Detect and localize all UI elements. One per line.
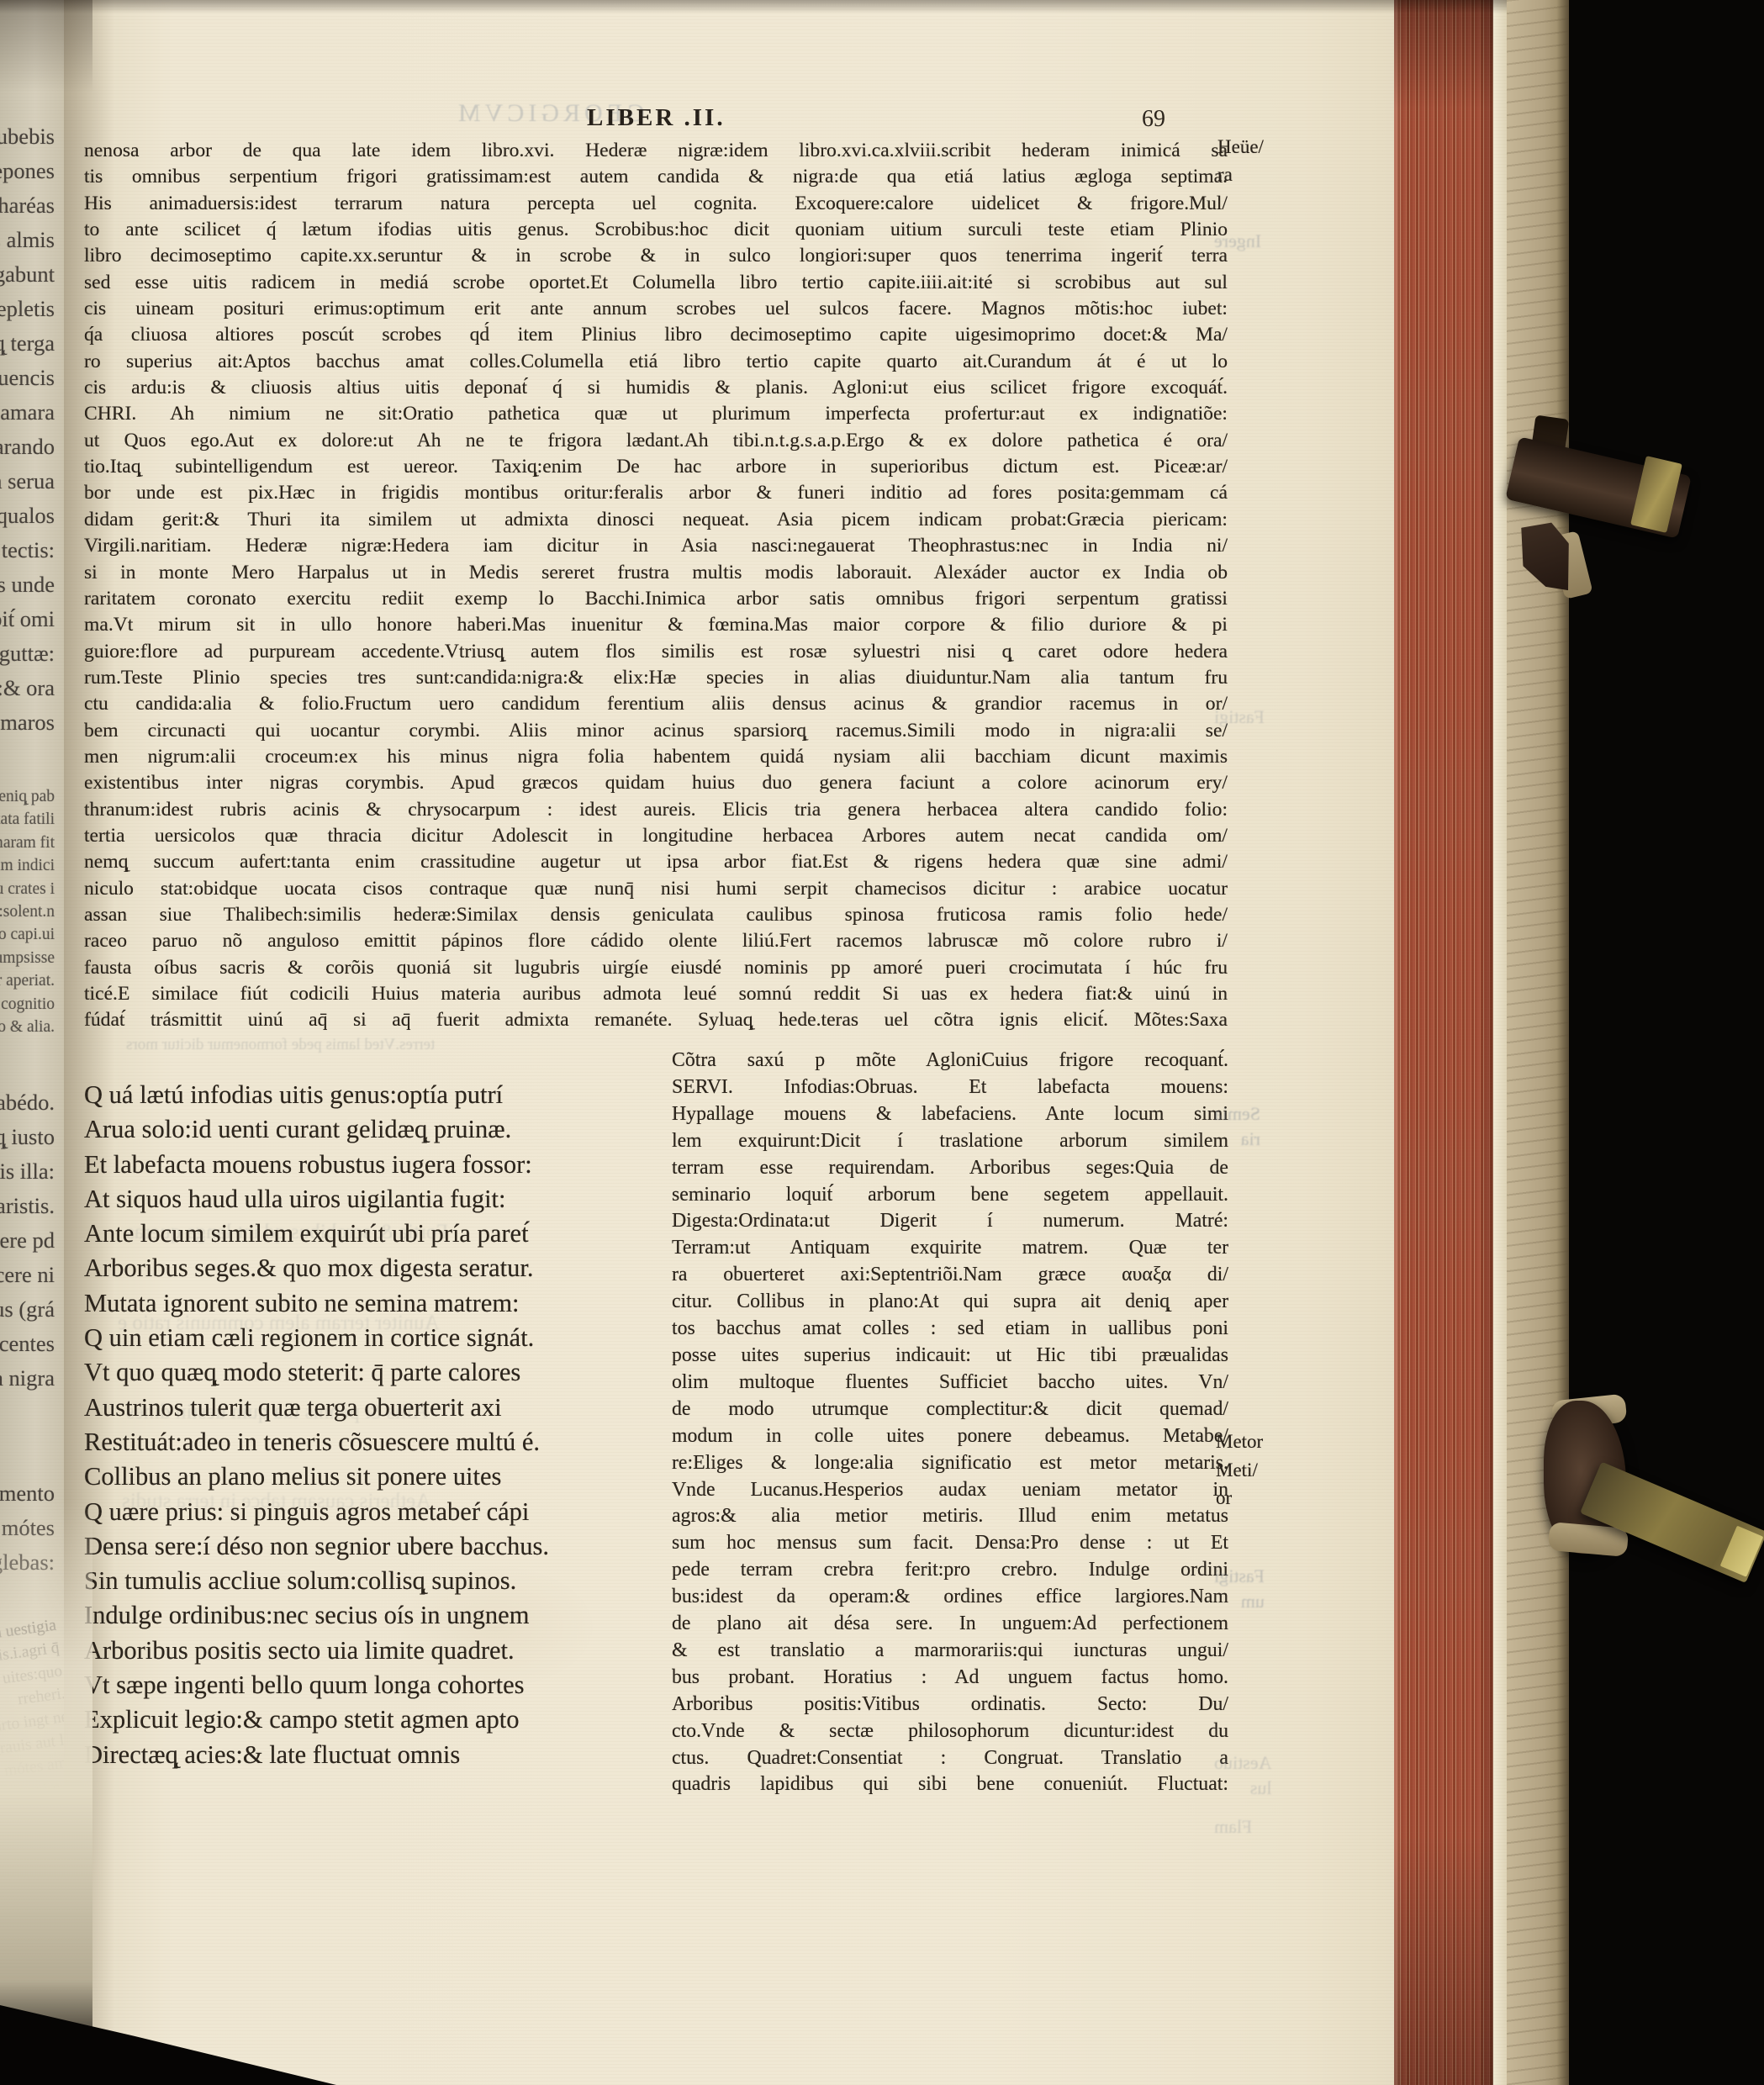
text-line: cis uineam posituri erimus:optimum erit … bbox=[84, 296, 1228, 322]
running-title: LIBER .II. bbox=[587, 104, 726, 132]
text-line: tis omnibus serpentium frigori gratissim… bbox=[84, 164, 1228, 190]
text-line: Ie negabunt bbox=[0, 257, 55, 292]
verse-line: Restituát:adeo in teneris cõsuescere mul… bbox=[84, 1425, 658, 1459]
commentary-line: pede terram crebra ferit:pro crebro. Ind… bbox=[672, 1557, 1228, 1584]
text-line: libro prio capi.ui bbox=[0, 923, 55, 946]
verse-line: Austrinos tulerit quæ terga obuerterit a… bbox=[84, 1391, 658, 1425]
margin-note-line: Heüe/ bbox=[1217, 133, 1264, 161]
text-line: cimen:cognitio bbox=[0, 993, 55, 1016]
text-line: cis ardu:is & cliuosis altius uitis depo… bbox=[84, 375, 1228, 401]
verse-line: Arua solo:id uenti curant gelidæq̨ pruin… bbox=[84, 1112, 658, 1147]
commentary-line: ra obuerteret axi:Septentriõi.Nam græce … bbox=[672, 1262, 1228, 1289]
text-line: thranum:idest rubris acinis & chrysocarp… bbox=[84, 797, 1228, 823]
text-line: ante memento bbox=[0, 1476, 55, 1511]
commentary-line: Digesta:Ordinata:ut Digerit í numerum. M… bbox=[672, 1208, 1228, 1235]
commentary-line: de plano ait désa sere. In unguem:Ad per… bbox=[672, 1611, 1228, 1638]
text-line: oc deniq̨ pab bbox=[0, 785, 55, 808]
margin-note-line: ra bbox=[1217, 161, 1264, 188]
verse-line: Vt sæpe ingenti bello quum longa cohorte… bbox=[84, 1668, 658, 1702]
text-line: nemq̨ succum aufert:tanta enim crassitud… bbox=[84, 849, 1228, 875]
text-line: tendat aristis. bbox=[0, 1189, 55, 1223]
page-number: 69 bbox=[1142, 106, 1165, 133]
text-line: libro decimoseptimo capite.xx.seruntur &… bbox=[84, 243, 1228, 269]
text-line: uebit amaros bbox=[0, 705, 55, 740]
text-line: tertia uersicolos quæ thracia dicitur Ad… bbox=[84, 823, 1228, 849]
georgics-verse-column: Q uá lætú infodias uitis genus:optía put… bbox=[84, 1078, 658, 1772]
text-line: nemq̨ repones bbox=[0, 154, 55, 188]
text-fragment-group: rq̨ iubebisnemq̨ reponesas æq̄bis haréas… bbox=[0, 119, 59, 740]
verse-line: Et labefacta mouens robustus iugera foss… bbox=[84, 1148, 658, 1182]
text-line: ucretio sumpsisse bbox=[0, 947, 55, 969]
text-line: rram amaram fit bbox=[0, 831, 55, 854]
text-line: ctu candida:alia & folio.Fructum uero ca… bbox=[84, 691, 1228, 717]
commentary-line: bus probant. Horatius : Ad unguem factus… bbox=[672, 1665, 1228, 1692]
text-line: fausta oíbus sacris & corõis quoniá sit … bbox=[84, 955, 1228, 981]
verse-line: Arboribus seges.& quo mox digesta seratu… bbox=[84, 1251, 658, 1285]
text-line: existentibus inter nigras corymbis. Apud… bbox=[84, 770, 1228, 796]
verse-line: At siquos haud ulla uiros uigilantia fug… bbox=[84, 1182, 658, 1217]
verse-line: Explicuit legio:& campo stetit agmen apt… bbox=[84, 1702, 658, 1737]
verse-line: Indulge ordinibus:nec secius oís in ungn… bbox=[84, 1598, 658, 1633]
verse-line: Densa sere:í déso non segnior ubere bacc… bbox=[84, 1529, 658, 1564]
text-line: iminea:seu crates i bbox=[0, 878, 55, 900]
text-line: guiore:flore ad purpuream accedente.Vtri… bbox=[84, 639, 1228, 665]
binding-parchment-edge bbox=[1507, 0, 1569, 2085]
text-line: assan siue Thalibech:similis hederæ:Simi… bbox=[84, 902, 1228, 928]
text-line: s prædiscere ni bbox=[0, 1258, 55, 1292]
verse-line: Mutata ignorent subito ne semina matrem: bbox=[84, 1286, 658, 1321]
commentary-block-top: nenosa arbor de qua late idem libro.xvi.… bbox=[84, 138, 1228, 1034]
commentary-line: & est translatio a marmorariis:qui iunct… bbox=[672, 1638, 1228, 1665]
commentary-line: Hypallage mouens & labefaciens. Ante loc… bbox=[672, 1101, 1228, 1128]
commentary-line: Arboribus positis:Vitibus ordinatis. Sec… bbox=[672, 1692, 1228, 1718]
commentary-line: cto.Vnde & sectæ philosophorum dicuntur:… bbox=[672, 1718, 1228, 1745]
commentary-line: seminario loquit́ arborum bene segetem a… bbox=[672, 1182, 1228, 1209]
commentary-line: agros:& alia metior metiris. Illud enim … bbox=[672, 1503, 1228, 1530]
facing-page-edge: rq̨ iubebisnemq̨ reponesas æq̄bis haréas… bbox=[0, 0, 64, 2085]
text-line: ositis tectis:solent.n bbox=[0, 900, 55, 923]
text-line: t terra repletis bbox=[0, 292, 55, 326]
commentary-line: SERVI. Infodias:Obruas. Et labefacta mou… bbox=[672, 1074, 1228, 1101]
text-line: Virgili.naritiam. Hederæ nigræ:Hedera ia… bbox=[84, 533, 1228, 559]
text-line: tio.Itaq̨ subintelligendum est uereor. T… bbox=[84, 454, 1228, 480]
text-line: is sua noia serua bbox=[0, 464, 55, 499]
text-line: rum.Teste Plinio species tres sunt:candi… bbox=[84, 665, 1228, 691]
text-line: uimine qualos bbox=[0, 499, 55, 533]
text-fragment-group: ante mementoco cócidere mótestendere gle… bbox=[0, 1476, 59, 1580]
text-line: s crassaq̨ terga bbox=[0, 326, 55, 361]
commentary-line: tos bacchus amat colles : sed etiam in u… bbox=[672, 1316, 1228, 1343]
text-line: tendere glebas: bbox=[0, 1545, 55, 1580]
verse-line: Sin tumulis accliue solum:collisq̨ supin… bbox=[84, 1564, 658, 1598]
text-line: bem circunacti qui uocantur corymbi. Ali… bbox=[84, 718, 1228, 744]
text-line: rere frigus (grá bbox=[0, 1292, 55, 1327]
text-line: men nigrum:alii croceum:ex his minus nig… bbox=[84, 744, 1228, 770]
facing-page-text-fragments: rq̨ iubebisnemq̨ reponesas æq̄bis haréas… bbox=[0, 119, 59, 1798]
text-line: ma.Vt mirum sit in ullo honore haberi.Ma… bbox=[84, 612, 1228, 638]
commentary-line: quadris lapidibus qui sibi bene conueniú… bbox=[672, 1771, 1228, 1798]
text-line: His animaduersis:idest terrarum natura p… bbox=[84, 191, 1228, 217]
text-line: co cócidere mótes bbox=[0, 1511, 55, 1545]
text-line: s iactata fatili bbox=[0, 808, 55, 831]
text-line: niculo stat:obidque uocata cisos contraq… bbox=[84, 876, 1228, 902]
text-line: eluctabit́ omi bbox=[0, 602, 55, 636]
commentary-line: citur. Collibus in plano:At qui supra ai… bbox=[672, 1289, 1228, 1316]
commentary-line: de modo utrumque complectitur:& dicit qu… bbox=[672, 1396, 1228, 1423]
page-edge-sliver bbox=[1493, 0, 1507, 2085]
text-line: ro superius ait:Aptos bacchus amat colle… bbox=[84, 349, 1228, 375]
text-line: e pondere pd bbox=[0, 1223, 55, 1258]
text-line: nifestus:& ora bbox=[0, 671, 55, 705]
commentary-line: Terram:ut Antiquam exquirite matrem. Quæ… bbox=[672, 1235, 1228, 1262]
text-line: fertilis illa: bbox=[0, 1154, 55, 1189]
text-line: axiq̨ nocentes bbox=[0, 1327, 55, 1361]
text-line: a fotibus unde bbox=[0, 567, 55, 602]
text-line: to ante scilicet q́ lætum ifodias uitis … bbox=[84, 217, 1228, 243]
commentary-line: bus:idest da operam:& ordines effice lar… bbox=[672, 1584, 1228, 1611]
commentary-line: posse uites superius indicauit: ut Hic t… bbox=[672, 1343, 1228, 1370]
servius-commentary-column: Cõtra saxú p mõte AgloniCuius frigore re… bbox=[672, 1048, 1228, 1798]
text-line: didam gerit:& Thuri ita similem ut admix… bbox=[84, 507, 1228, 533]
commentary-line: Vnde Lucanus.Hesperios audax ueniam meta… bbox=[672, 1477, 1228, 1504]
text-fragment-group: escit habédo.saq̨ iustofertilis illa:ten… bbox=[0, 1085, 59, 1396]
text-line: raceo paruo nõ anguloso emittit pápinos … bbox=[84, 928, 1228, 954]
verse-line: Ante locum similem exquirút ubi pría par… bbox=[84, 1217, 658, 1251]
verse-line: Directæq̨ acies:& late fluctuat omnis bbox=[84, 1738, 658, 1772]
commentary-line: terram esse requirendam. Arboribus seges… bbox=[672, 1155, 1228, 1182]
text-line: q́a cliuosa altiores poscút scrobes qd́ … bbox=[84, 322, 1228, 348]
commentary-line: re:Eliges & longe:alia significatio est … bbox=[672, 1450, 1228, 1477]
text-line: bor unde est pix.Hæc in frigidis montibu… bbox=[84, 480, 1228, 506]
text-line: cio & alia. bbox=[0, 1016, 55, 1038]
verse-line: Q uá lætú infodias uitis genus:optía put… bbox=[84, 1078, 658, 1112]
text-line: ticé.E similace fiút codicili Huius mate… bbox=[84, 981, 1228, 1007]
commentary-line: olim multoque fluentes Sufficiet baccho … bbox=[672, 1370, 1228, 1396]
text-line: sed esse uitis radicem in mediá scrobe o… bbox=[84, 270, 1228, 296]
margin-note-hedera: Heüe/ra bbox=[1217, 133, 1264, 188]
clasp-catch-lower-brass-tongue bbox=[1580, 1462, 1764, 1583]
text-line: iripe tectis: bbox=[0, 533, 55, 567]
text-line: cumentum indici bbox=[0, 854, 55, 877]
verse-line: Arboribus positis secto uia limite quadr… bbox=[84, 1634, 658, 1668]
text-line: saq̨ iusto bbox=[0, 1120, 55, 1154]
text-line: escit habédo. bbox=[0, 1085, 55, 1120]
text-line: nenosa arbor de qua late idem libro.xvi.… bbox=[84, 138, 1228, 164]
book-fore-edge-red bbox=[1394, 0, 1493, 2085]
commentary-line: lem exquirunt:Dicit í traslatione arboru… bbox=[672, 1128, 1228, 1155]
text-line: luitur aperiat. bbox=[0, 969, 55, 992]
verse-line: Q uære prius: si pinguis agros metabeŕ c… bbox=[84, 1495, 658, 1529]
text-line: suescit arando bbox=[0, 430, 55, 464]
text-line: rq̨ iubebis bbox=[0, 119, 55, 154]
commentary-line: modum in colle uites ponere debeamus. Me… bbox=[672, 1423, 1228, 1450]
text-line: uimina guttæ: bbox=[0, 636, 55, 671]
text-line: scinde iuuencis bbox=[0, 361, 55, 395]
verse-line: Q uin etiam cæli regionem in cortice sig… bbox=[84, 1321, 658, 1355]
commentary-line: ctus. Quadret:Consentiat : Congruat. Tra… bbox=[672, 1745, 1228, 1772]
commentary-line: sum hoc mensus sum facit. Densa:Pro dens… bbox=[672, 1530, 1228, 1557]
text-fragment-group: oc deniq̨ pabs iactata fatilirram amaram… bbox=[0, 785, 59, 1038]
text-line: CHRI. Ah nimium ne sit:Oratio pathetica … bbox=[84, 401, 1228, 427]
verse-line: Collibus an plano melius sit ponere uite… bbox=[84, 1459, 658, 1494]
text-line: uestigia nigra bbox=[0, 1361, 55, 1396]
text-line: raritatem coronato exercitu rediit exemp… bbox=[84, 586, 1228, 612]
text-line: si in monte Mero Harpalus ut in Medis se… bbox=[84, 560, 1228, 586]
commentary-line: Cõtra saxú p mõte AgloniCuius frigore re… bbox=[672, 1048, 1228, 1074]
text-line: fúdat́ trásmittit uinú aq̄ si aq̄ fuerit… bbox=[84, 1007, 1228, 1033]
book-photo: rq̨ iubebisnemq̨ reponesas æq̄bis haréas… bbox=[0, 0, 1764, 2085]
text-line: as æq̄bis haréas bbox=[0, 188, 55, 223]
text-line: ut Quos ego.Aut ex dolore:ut Ah ne te fr… bbox=[84, 428, 1228, 454]
text-line: betur amara bbox=[0, 395, 55, 430]
text-line: itibus almis bbox=[0, 223, 55, 257]
verse-line: Vt quo quæq̨ modo steterit: q̄ parte cal… bbox=[84, 1355, 658, 1390]
